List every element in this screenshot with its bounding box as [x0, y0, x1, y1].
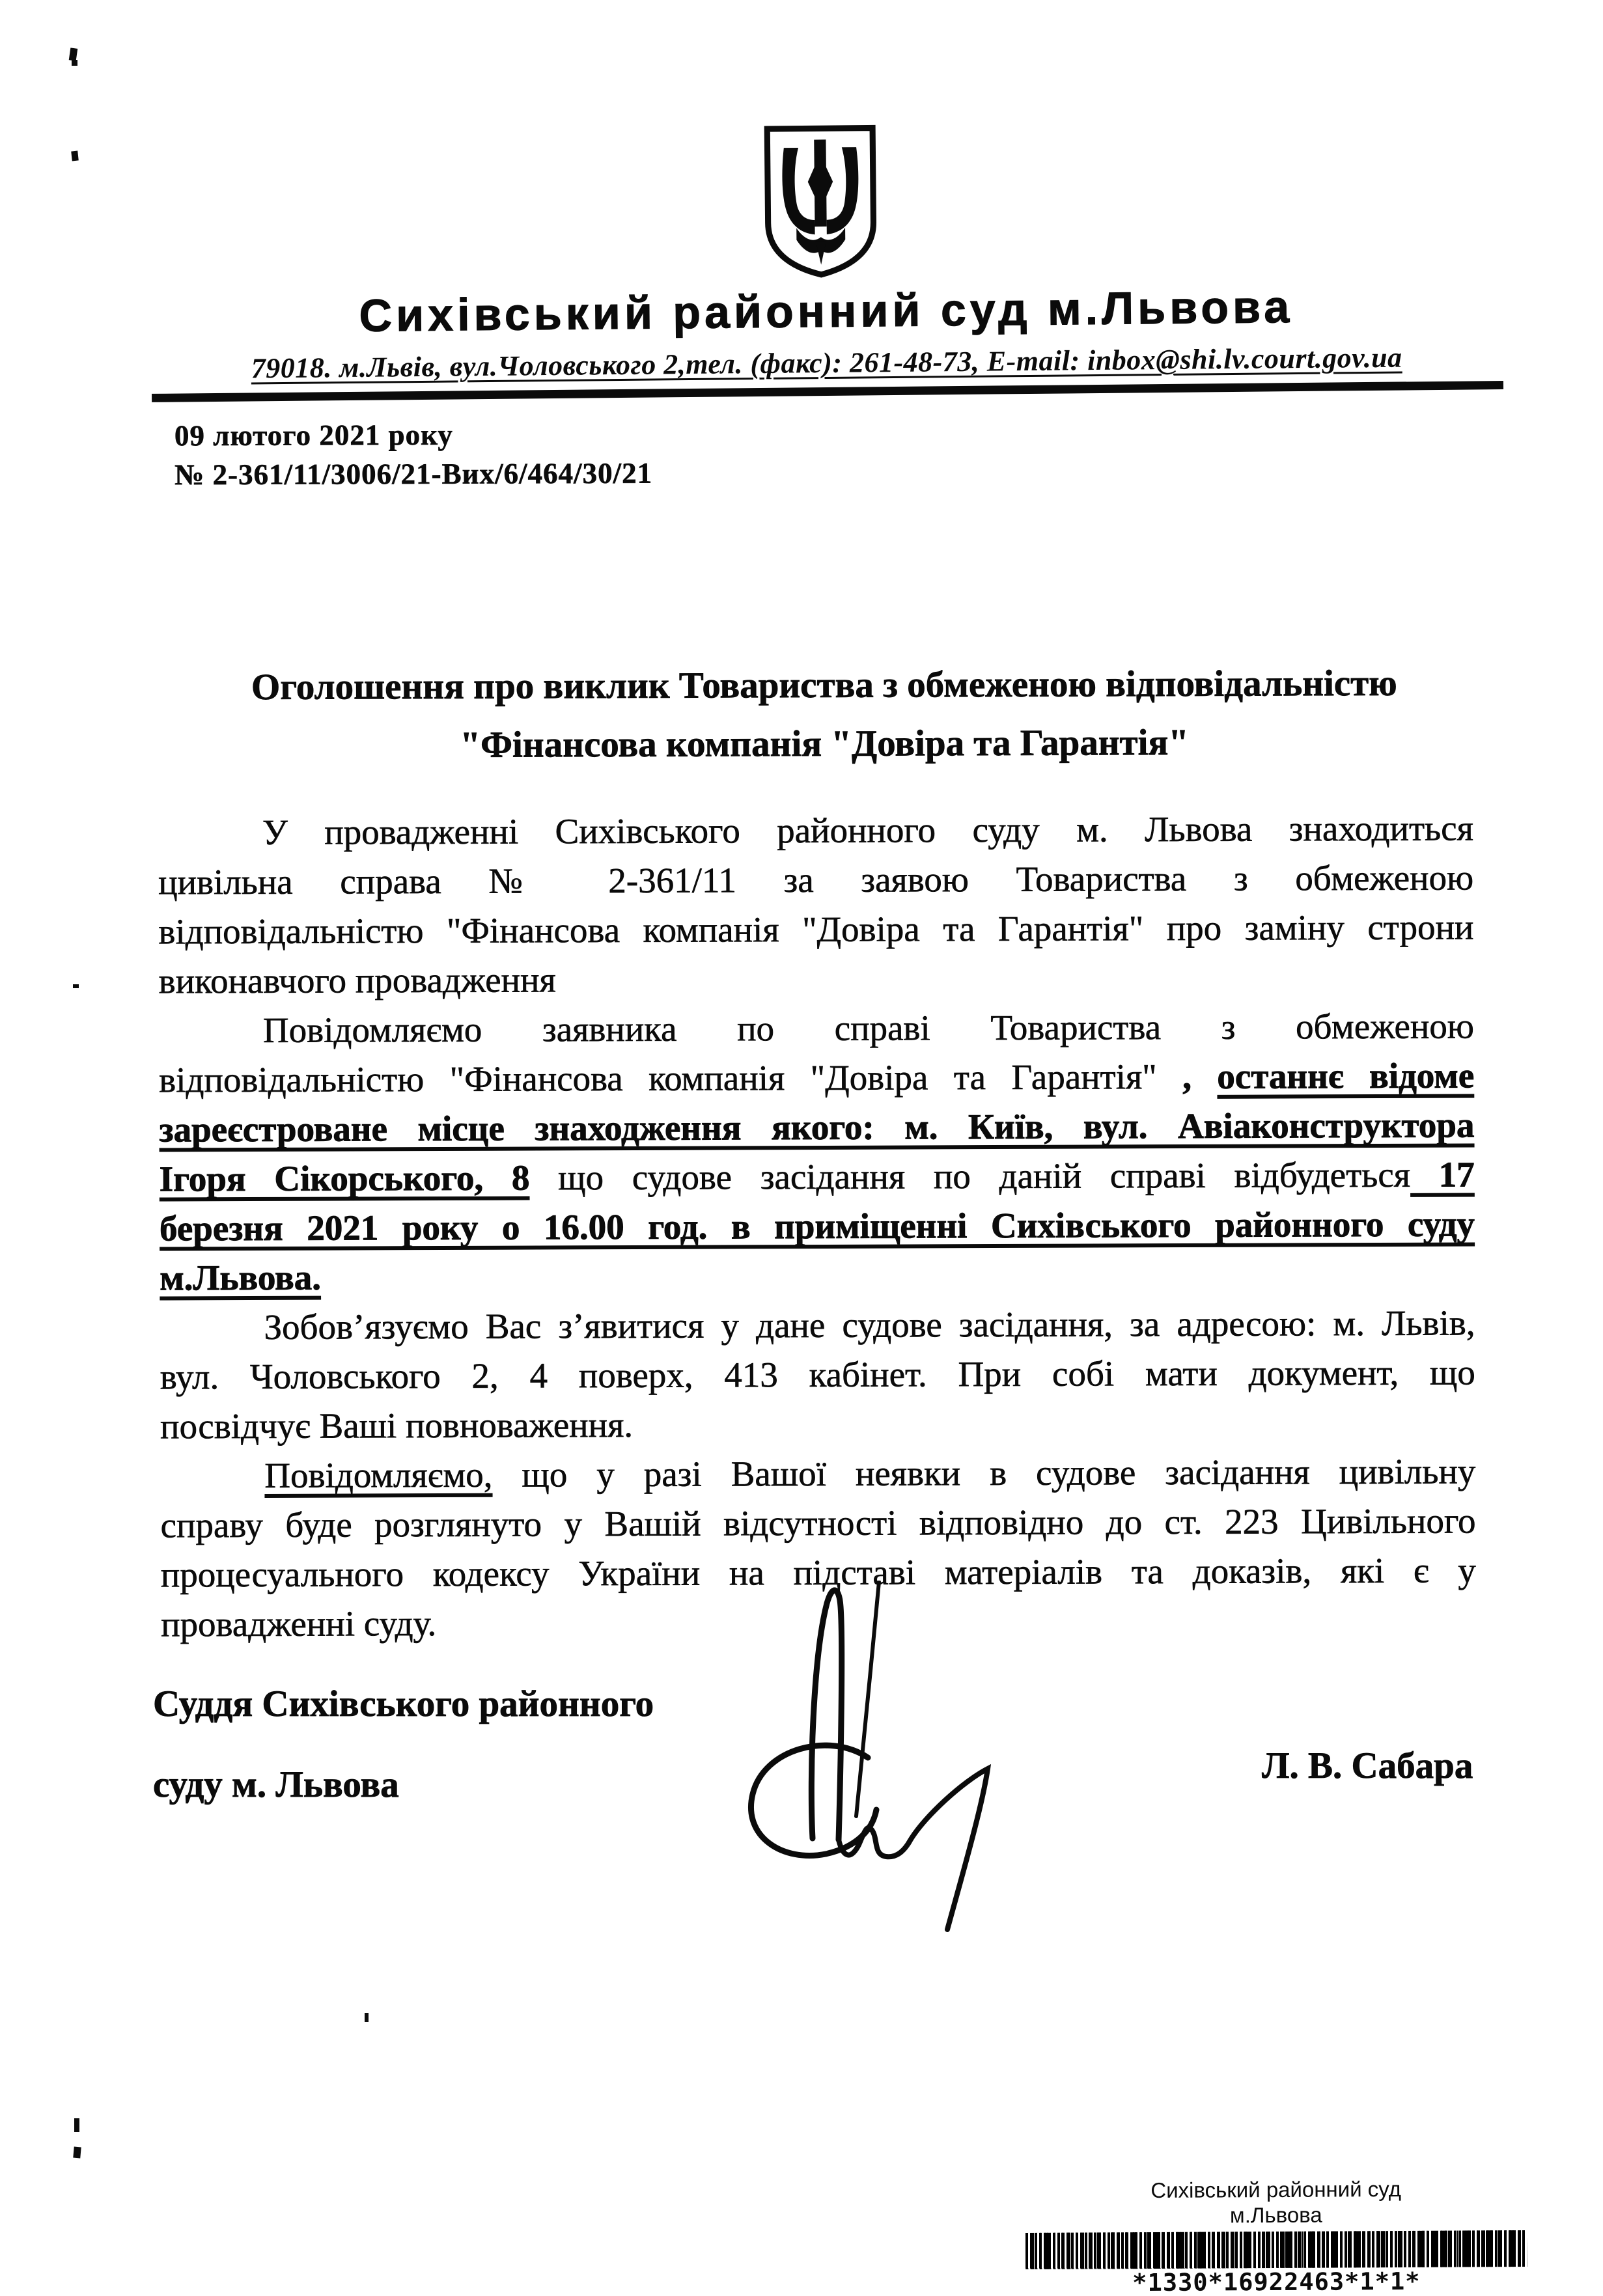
scan-artifact [73, 2147, 81, 2159]
emphasized-underlined-text: зареєстроване місце знаходження якого: м… [159, 1105, 1474, 1149]
body-text-line: відповідальністю "Фінансова компанія "До… [158, 902, 1473, 956]
emphasized-underlined-text: 17 [1410, 1154, 1475, 1194]
body-text-line: Ігоря Сікорського, 8 що судове засідання… [160, 1150, 1475, 1204]
barcode-caption-line2: м.Львова [1016, 2201, 1537, 2229]
body-text-segment: посвідчує Ваші повноваження. [160, 1405, 633, 1446]
emphasized-underlined-text: Ігоря Сікорського, 8 [160, 1158, 530, 1199]
court-address-line: 79018. м.Львів, вул.Чоловського 2,тел. (… [155, 340, 1498, 386]
scan-artifact [73, 984, 79, 988]
body-text-segment: що у разі Вашої неявки в судове засіданн… [492, 1451, 1475, 1494]
handwritten-signature [728, 1581, 1008, 1932]
signer-role-line1: Суддя Сихівського районного [153, 1664, 739, 1745]
emphasized-underlined-text: м.Львова. [160, 1258, 321, 1298]
ukraine-trident-emblem-icon [762, 123, 878, 279]
body-text-segment: , [1157, 1057, 1218, 1096]
barcode-number: *1330*16922463*1*1* [1016, 2267, 1537, 2296]
body-text-segment: що судове засідання по даній справі відб… [529, 1155, 1410, 1198]
body-text-segment: справу буде розглянуто у Вашій відсутнос… [160, 1501, 1475, 1545]
body-text-segment: провадженні суду. [161, 1603, 436, 1644]
body-text-segment: цивільна справа № 2-361/11 за заявою Тов… [158, 857, 1473, 902]
scan-artifact [69, 48, 78, 61]
court-name-title: Сихівський районний суд м.Львова [155, 279, 1498, 344]
body-text-line: У провадженні Сихівського районного суду… [158, 803, 1473, 857]
emphasized-underlined-text: останнє відоме [1217, 1055, 1474, 1096]
scan-artifact [74, 2118, 79, 2132]
scan-artifact [72, 60, 77, 66]
body-text-line: м.Львова. [160, 1249, 1475, 1303]
emphasized-underlined-text: березня 2021 року о 16.00 год. в приміще… [160, 1204, 1475, 1248]
body-text-segment: Зобов’язуємо Вас з’явитися у дане судове… [264, 1303, 1475, 1346]
letter-date: 09 лютого 2021 року [174, 415, 652, 456]
body-text-segment: вул. Чоловського 2, 4 поверх, 413 кабіне… [160, 1352, 1475, 1396]
signer-name: Л. В. Сабара [1262, 1743, 1473, 1789]
scanned-court-document: Сихівський районний суд м.Львова 79018. … [0, 0, 1603, 2296]
barcode-caption-line1: Сихівський районний суд [1016, 2176, 1537, 2204]
body-text-line: Зобов’язуємо Вас з’явитися у дане судове… [160, 1298, 1475, 1352]
signer-role-line2: суду м. Львова [153, 1745, 739, 1825]
body-text-line: цивільна справа № 2-361/11 за заявою Тов… [158, 853, 1473, 907]
scan-artifact [71, 151, 79, 161]
signer-role: Суддя Сихівського районного суду м. Льво… [153, 1664, 739, 1825]
letter-number: № 2-361/11/3006/21-Вих/6/464/30/21 [174, 454, 652, 495]
document-header: Сихівський районний суд м.Львова 79018. … [153, 111, 1496, 124]
body-text-line: посвідчує Ваші повноваження. [160, 1397, 1475, 1451]
barcode-stamp: Сихівський районний суд м.Львова *1330*1… [1016, 2176, 1537, 2296]
body-text-segment: відповідальністю "Фінансова компанія "До… [158, 907, 1473, 951]
body-text-line: березня 2021 року о 16.00 год. в приміще… [160, 1199, 1475, 1253]
body-text-line: зареєстроване місце знаходження якого: м… [159, 1100, 1474, 1154]
emphasized-underlined-text: Повідомляємо, [264, 1455, 492, 1495]
letter-meta: 09 лютого 2021 року № 2-361/11/3006/21-В… [174, 415, 652, 495]
barcode [1025, 2230, 1527, 2269]
body-text-segment: У провадженні Сихівського районного суду… [262, 808, 1473, 851]
scan-artifact [365, 2013, 369, 2022]
body-text-line: Повідомляємо заявника по справі Товарист… [159, 1001, 1474, 1055]
body-text-line: виконавчого провадження [159, 952, 1474, 1006]
body-text-segment: виконавчого провадження [159, 960, 556, 1001]
announcement-title-line1: Оголошення про виклик Товариства з обмеж… [153, 654, 1496, 717]
document-body: У провадженні Сихівського районного суду… [158, 803, 1476, 1649]
body-text-segment: відповідальністю "Фінансова компанія "До… [159, 1057, 1157, 1100]
announcement-title-line2: "Фінансова компанія "Довіра та Гарантія" [153, 712, 1496, 775]
body-text-segment: Повідомляємо заявника по справі Товарист… [263, 1006, 1474, 1049]
body-text-line: вул. Чоловського 2, 4 поверх, 413 кабіне… [160, 1348, 1475, 1402]
announcement-title: Оголошення про виклик Товариства з обмеж… [153, 654, 1496, 775]
body-text-line: відповідальністю "Фінансова компанія "До… [159, 1051, 1474, 1105]
body-text-line: справу буде розглянуто у Вашій відсутнос… [160, 1496, 1475, 1550]
body-text-line: Повідомляємо, що у разі Вашої неявки в с… [160, 1446, 1475, 1501]
